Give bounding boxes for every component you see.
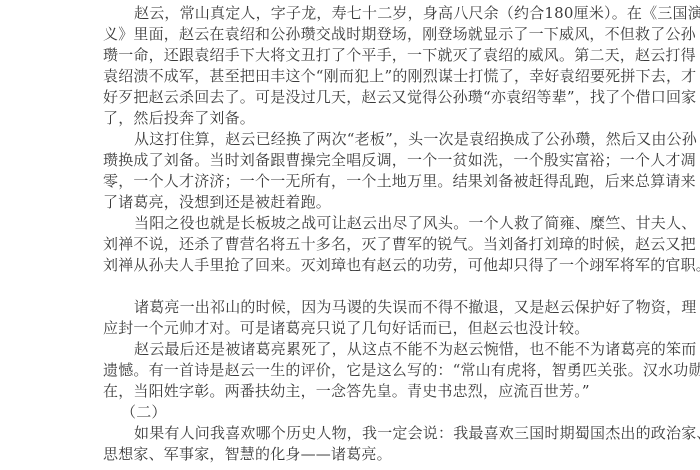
text-line: 从这打住算，赵云已经换了两次“老板”，头一次是袁绍换成了公孙瓒，然后又由公孙: [103, 129, 597, 150]
text-line: 瓒换成了刘备。当时刘备跟曹操完全唱反调，一个一贫如洗，一个殷实富裕；一个人才凋: [103, 150, 597, 171]
text-line: 如果有人问我喜欢哪个历史人物，我一定会说：我最喜欢三国时期蜀国杰出的政治家、: [103, 423, 597, 444]
text-line: 袁绍溃不成军，甚至把田丰这个“刚而犯上”的刚烈谋士打慌了，幸好袁绍要死拼下去，才: [103, 66, 597, 87]
text-line: 义》里面，赵云在袁绍和公孙瓒交战时期登场，刚登场就显示了一下威风，不但救了公孙: [103, 24, 597, 45]
paragraph-qishan: 诸葛亮一出祁山的时候，因为马谡的失误而不得不撤退，又是赵云保护好了物资，理 应封…: [103, 297, 597, 339]
text-line: 零，一个人才济济；一个一无所有，一个土地万里。结果刘备被赶得乱跑，后来总算请来: [103, 171, 597, 192]
text-line: 思想家、军事家，智慧的化身——诸葛亮。: [103, 444, 597, 465]
paragraph-zhao-yun-intro: 赵云，常山真定人，字子龙，寿七十二岁，身高八尺余（约合180厘米）。在《三国演 …: [103, 3, 597, 129]
section-heading: （二）: [103, 402, 597, 423]
text-line: 瓒一命，还跟袁绍手下大将文丑打了个平手，一下就灭了袁绍的威风。第二天，赵云打得: [103, 45, 597, 66]
text-line: 赵云，常山真定人，字子龙，寿七十二岁，身高八尺余（约合180厘米）。在《三国演: [103, 3, 597, 24]
text-line: 了诸葛亮，没想到还是被赶着跑。: [103, 192, 597, 213]
text-line: 诸葛亮一出祁山的时候，因为马谡的失误而不得不撤退，又是赵云保护好了物资，理: [103, 297, 597, 318]
text-line: 在，当阳姓字彰。两番扶幼主，一念答先皇。青史书忠烈，应流百世芳。”: [103, 381, 597, 402]
text-line: 了，然后投奔了刘备。: [103, 108, 597, 129]
text-line: 当阳之役也就是长板坡之战可让赵云出尽了风头。一个人救了简雍、糜竺、甘夫人、: [103, 213, 597, 234]
text-line: 应封一个元帅才对。可是诸葛亮只说了几句好话而已，但赵云也没计较。: [103, 318, 597, 339]
text-line: 赵云最后还是被诸葛亮累死了，从这点不能不为赵云惋惜，也不能不为诸葛亮的笨而: [103, 339, 597, 360]
blank-line: [103, 276, 597, 297]
paragraph-two-bosses: 从这打住算，赵云已经换了两次“老板”，头一次是袁绍换成了公孙瓒，然后又由公孙 瓒…: [103, 129, 597, 213]
document-page: 赵云，常山真定人，字子龙，寿七十二岁，身高八尺余（约合180厘米）。在《三国演 …: [103, 3, 597, 465]
text-line: 刘禅不说，还杀了曹营名将五十多名，灭了曹军的锐气。当刘备打刘璋的时候，赵云又把: [103, 234, 597, 255]
text-line: 刘禅从孙夫人手里抢了回来。灭刘璋也有赵云的功劳，可他却只得了一个翊军将军的官职。: [103, 255, 597, 276]
paragraph-zhuge-liang: 如果有人问我喜欢哪个历史人物，我一定会说：我最喜欢三国时期蜀国杰出的政治家、 思…: [103, 423, 597, 465]
paragraph-changban: 当阳之役也就是长板坡之战可让赵云出尽了风头。一个人救了简雍、糜竺、甘夫人、 刘禅…: [103, 213, 597, 276]
text-line: 遗憾。有一首诗是赵云一生的评价，它是这么写的：“常山有虎将，智勇匹关张。汉水功勋: [103, 360, 597, 381]
paragraph-poem: 赵云最后还是被诸葛亮累死了，从这点不能不为赵云惋惜，也不能不为诸葛亮的笨而 遗憾…: [103, 339, 597, 402]
text-line: 好歹把赵云杀回去了。可是没过几天，赵云又觉得公孙瓒“亦袁绍等辈”，找了个借口回家: [103, 87, 597, 108]
